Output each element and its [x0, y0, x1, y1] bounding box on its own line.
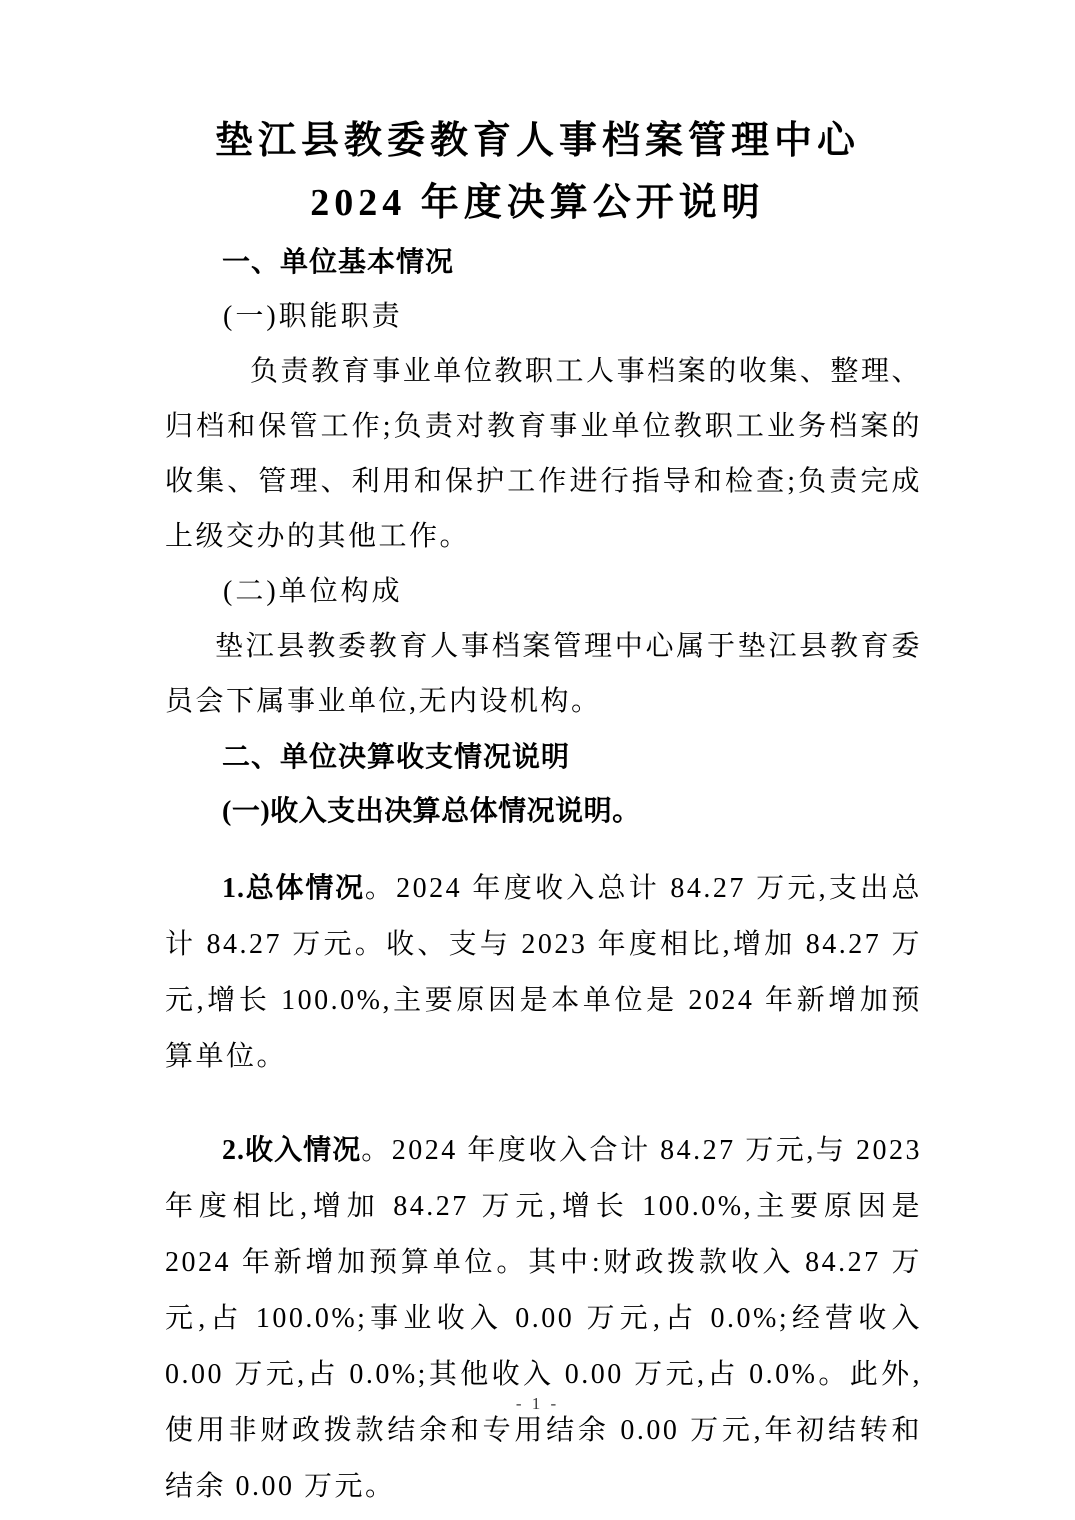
paragraph-income-lead: 2.收入情况: [222, 1135, 361, 1166]
page-number: - 1 -: [0, 1394, 1075, 1414]
paragraph-overall-situation: 1.总体情况。2024 年度收入总计 84.27 万元,支出总计 84.27 万…: [165, 861, 922, 1085]
document-title-line1: 垫江县教委教育人事档案管理中心: [0, 110, 1075, 172]
document-title-line2: 2024 年度决算公开说明: [0, 172, 1075, 234]
paragraph-composition: 垫江县教委教育人事档案管理中心属于垫江县教育委员会下属事业单位,无内设机构。: [165, 619, 922, 729]
document-page: 垫江县教委教育人事档案管理中心 2024 年度决算公开说明 一、单位基本情况 (…: [0, 0, 1075, 1520]
section-heading-budget-overview: 二、单位决算收支情况说明: [165, 729, 922, 784]
paragraph-income-situation: 2.收入情况。2024 年度收入合计 84.27 万元,与 2023 年度相比,…: [165, 1123, 922, 1515]
subheading-income-expense-overview: (一)收入支出决算总体情况说明。: [165, 784, 922, 839]
subheading-duties: (一)职能职责: [165, 289, 922, 344]
document-body: 一、单位基本情况 (一)职能职责 负责教育事业单位教职工人事档案的收集、整理、归…: [165, 234, 922, 1515]
paragraph-overall-lead: 1.总体情况: [222, 873, 365, 904]
section-heading-unit-basic-info: 一、单位基本情况: [165, 234, 922, 289]
subheading-composition: (二)单位构成: [165, 564, 922, 619]
document-title: 垫江县教委教育人事档案管理中心 2024 年度决算公开说明: [0, 0, 1075, 234]
paragraph-duties: 负责教育事业单位教职工人事档案的收集、整理、归档和保管工作;负责对教育事业单位教…: [165, 344, 922, 564]
paragraph-income-text: 。2024 年度收入合计 84.27 万元,与 2023 年度相比,增加 84.…: [165, 1135, 922, 1502]
